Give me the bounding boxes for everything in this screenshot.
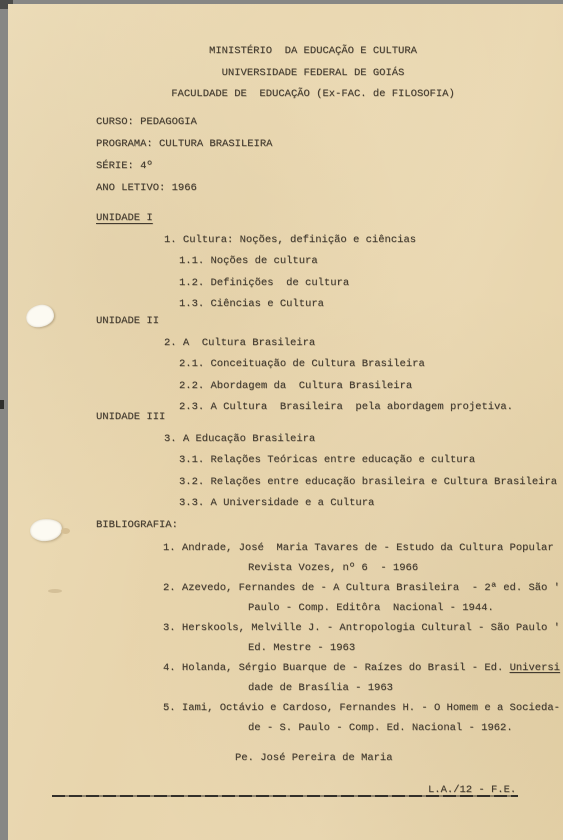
unit-title: UNIDADE II — [96, 311, 563, 333]
outline-item: 2.1. Conceituação de Cultura Brasileira — [179, 354, 563, 376]
bibliography-entry-4: 4. Holanda, Sérgio Buarque de - Raízes d… — [8, 658, 563, 698]
paper-speck — [61, 528, 70, 534]
bib-entry-line2: Paulo - Comp. Editôra Nacional - 1944. — [248, 598, 563, 618]
bib-entry-line2: dade de Brasília - 1963 — [248, 678, 563, 698]
document-header: MINISTÉRIO DA EDUCAÇÃO E CULTURA UNIVERS… — [98, 41, 528, 106]
school-year-line: ANO LETIVO: 1966 — [96, 177, 272, 199]
bibliography-entry-2: 2. Azevedo, Fernandes de - A Cultura Bra… — [8, 578, 563, 618]
bib-entry-line2: Revista Vozes, nº 6 - 1966 — [248, 558, 563, 578]
outline-item: 3.2. Relações entre educação brasileira … — [179, 472, 563, 494]
bib-entry-line1: 1. Andrade, José Maria Tavares de - Estu… — [163, 538, 563, 558]
paper-smudge — [48, 589, 62, 593]
footer-reference: L.A./12 - F.E. — [428, 780, 516, 802]
outline-item: 1. Cultura: Noções, definição e ciências — [164, 230, 563, 252]
scanner-edge-nick — [0, 400, 4, 409]
bib-entry-line2: Ed. Mestre - 1963 — [248, 638, 563, 658]
course-line: CURSO: PEDAGOGIA — [96, 111, 272, 133]
signature-name: Pe. José Pereira de Maria — [235, 748, 393, 770]
bibliography-entry-1: 1. Andrade, José Maria Tavares de - Estu… — [8, 538, 563, 578]
outline-item: 1.1. Noções de cultura — [179, 251, 563, 273]
header-faculty: FACULDADE DE EDUCAÇÃO (Ex-FAC. de FILOSO… — [98, 84, 528, 106]
header-university: UNIVERSIDADE FEDERAL DE GOIÁS — [98, 63, 528, 85]
outline-item: 2. A Cultura Brasileira — [164, 333, 563, 355]
footer-rule — [52, 795, 518, 797]
bibliography-title: BIBLIOGRAFIA: — [96, 515, 178, 537]
bib-entry-line2: de - S. Paulo - Comp. Ed. Nacional - 196… — [248, 718, 563, 738]
bib-entry-line1: 5. Iami, Octávio e Cardoso, Fernandes H.… — [163, 698, 563, 718]
unit-section-1: UNIDADE I1. Cultura: Noções, definição e… — [8, 208, 563, 316]
outline-item: 3.3. A Universidade e a Cultura — [179, 493, 563, 515]
course-info-block: CURSO: PEDAGOGIA PROGRAMA: CULTURA BRASI… — [96, 111, 272, 199]
bibliography-entry-5: 5. Iami, Octávio e Cardoso, Fernandes H.… — [8, 698, 563, 738]
paper-sheet: MINISTÉRIO DA EDUCAÇÃO E CULTURA UNIVERS… — [8, 4, 563, 840]
unit-title: UNIDADE I — [96, 208, 563, 230]
scanned-document-page: { "document": { "header": { "line1": "MI… — [0, 0, 563, 840]
outline-item: 2.2. Abordagem da Cultura Brasileira — [179, 376, 563, 398]
bib-entry-line1: 2. Azevedo, Fernandes de - A Cultura Bra… — [163, 578, 563, 598]
outline-item: 3.1. Relações Teóricas entre educação e … — [179, 450, 563, 472]
unit-title: UNIDADE III — [96, 407, 563, 429]
header-ministry: MINISTÉRIO DA EDUCAÇÃO E CULTURA — [98, 41, 528, 63]
outline-item: 3. A Educação Brasileira — [164, 429, 563, 451]
program-line: PROGRAMA: CULTURA BRASILEIRA — [96, 133, 272, 155]
bib-entry-line1: 3. Herskools, Melville J. - Antropologia… — [163, 618, 563, 638]
unit-section-3: UNIDADE III3. A Educação Brasileira3.1. … — [8, 407, 563, 515]
hyphen-break-underline: Universi — [510, 662, 560, 674]
outline-item: 1.2. Definições de cultura — [179, 273, 563, 295]
unit-section-2: UNIDADE II2. A Cultura Brasileira2.1. Co… — [8, 311, 563, 419]
bibliography-entry-3: 3. Herskools, Melville J. - Antropologia… — [8, 618, 563, 658]
bibliography-list: 1. Andrade, José Maria Tavares de - Estu… — [8, 538, 563, 738]
series-line: SÉRIE: 4º — [96, 155, 272, 177]
bib-entry-line1: 4. Holanda, Sérgio Buarque de - Raízes d… — [163, 658, 563, 678]
